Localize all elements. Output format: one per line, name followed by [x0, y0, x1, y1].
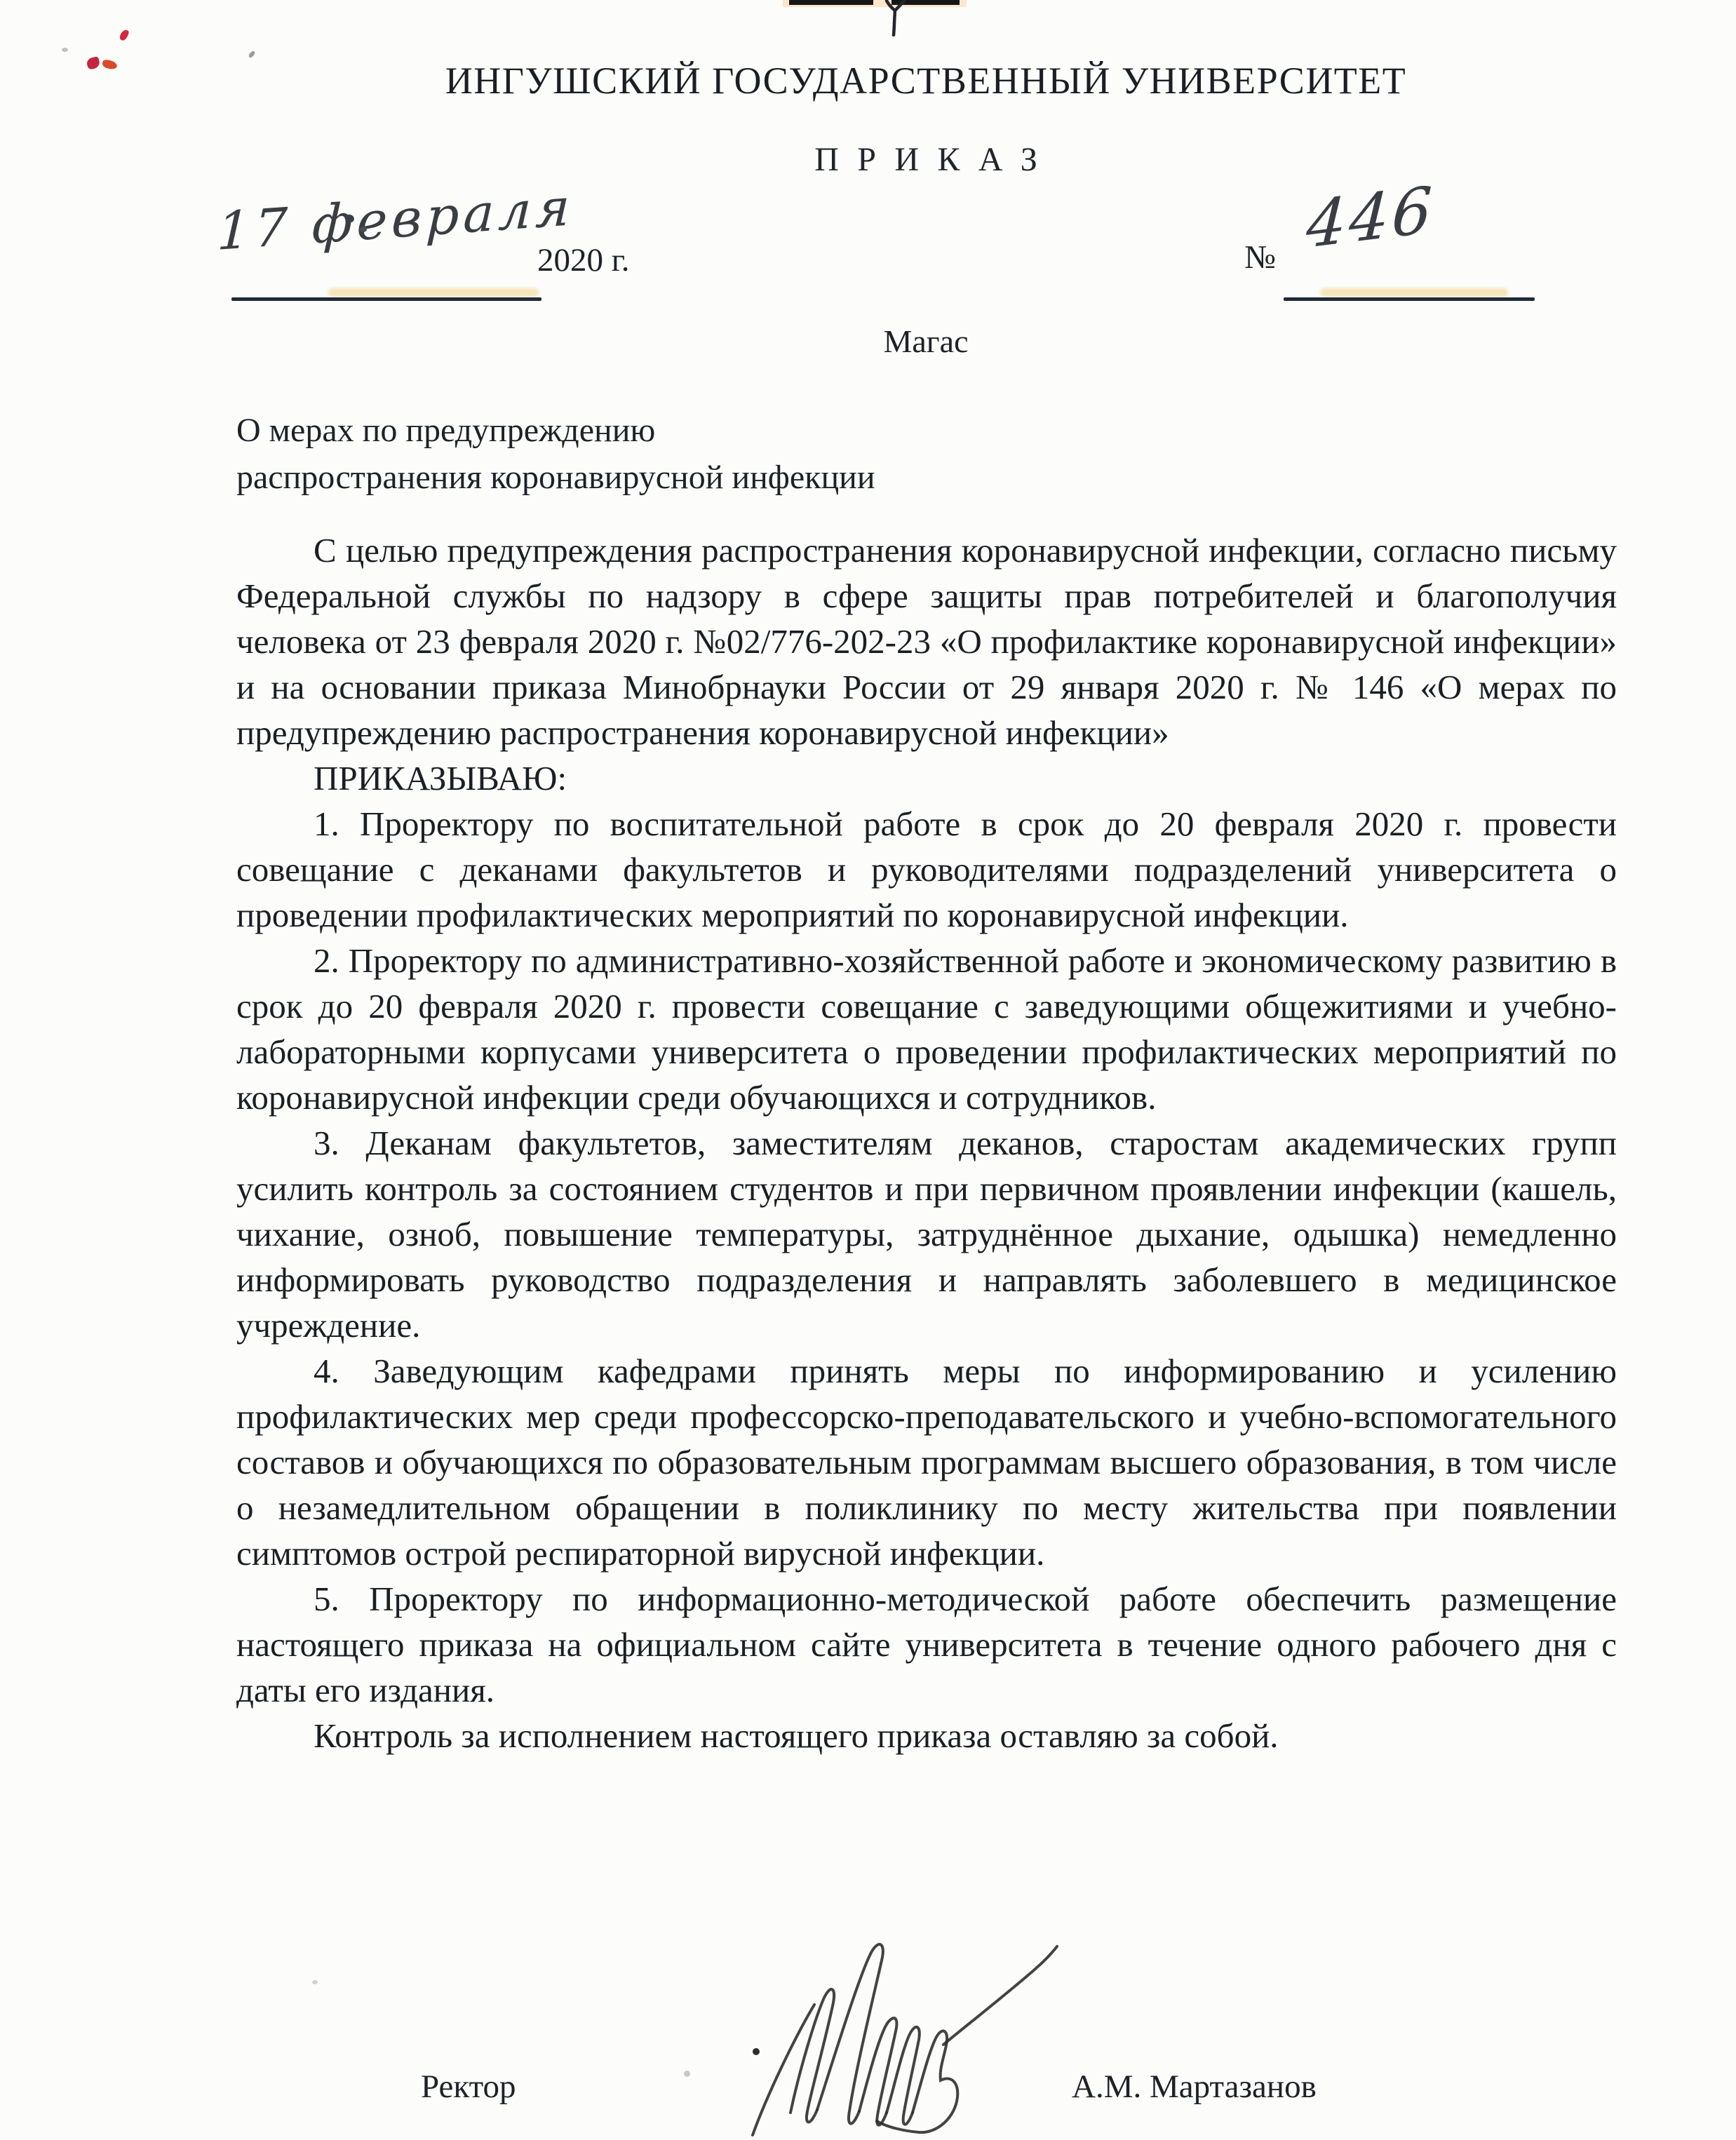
signer-role: Ректор: [421, 2068, 516, 2106]
scan-speck: [684, 2071, 690, 2077]
handwritten-date: 17 февраля: [216, 177, 575, 262]
date-underline: [231, 297, 541, 301]
number-sign-label: №: [1244, 238, 1276, 276]
signer-name: А.М. Мартазанов: [1072, 2068, 1317, 2106]
scan-speck: [62, 48, 68, 52]
order-item-5: 5. Проректору по информационно-методичес…: [236, 1576, 1617, 1713]
red-ink-speck: [86, 56, 101, 70]
document-type-heading: ПРИКАЗ: [235, 140, 1617, 179]
city-line: Магас: [235, 323, 1617, 360]
letterhead-emblem-fragment: [881, 0, 909, 36]
highlight-smear: [1320, 288, 1508, 297]
resolution-word: ПРИКАЗЫВАЮ:: [236, 755, 1617, 801]
intro-paragraph: С целью предупреждения распространения к…: [236, 527, 1617, 755]
subject-line-1: О мерах по предупреждению: [236, 407, 875, 454]
subject-block: О мерах по предупреждению распространени…: [236, 407, 875, 501]
handwritten-order-number: 446: [1305, 173, 1436, 263]
scan-speck: [248, 50, 256, 58]
scan-speck: [312, 1980, 318, 1984]
highlight-smear: [328, 288, 539, 297]
order-item-2: 2. Проректору по административно-хозяйст…: [236, 938, 1617, 1120]
number-underline: [1284, 297, 1535, 301]
red-ink-speck: [102, 60, 117, 70]
subject-line-2: распространения коронавирусной инфекции: [236, 454, 875, 501]
order-item-3: 3. Деканам факультетов, заместителям дек…: [236, 1120, 1617, 1348]
rector-signature: [712, 1880, 1077, 2140]
scanned-order-document: ИНГУШСКИЙ ГОСУДАРСТВЕННЫЙ УНИВЕРСИТЕТ ПР…: [0, 0, 1736, 2140]
order-item-4: 4. Заведующим кафедрами принять меры по …: [236, 1348, 1617, 1576]
ink-blot: [360, 227, 367, 232]
university-title: ИНГУШСКИЙ ГОСУДАРСТВЕННЫЙ УНИВЕРСИТЕТ: [235, 59, 1617, 102]
order-item-1: 1. Проректору по воспитательной работе в…: [236, 801, 1617, 938]
letterhead-crop-bar-left: [789, 0, 873, 5]
typed-year: 2020 г.: [537, 241, 629, 279]
order-body: С целью предупреждения распространения к…: [236, 527, 1617, 1758]
red-ink-speck: [119, 29, 130, 42]
closing-paragraph: Контроль за исполнением настоящего прика…: [236, 1713, 1617, 1758]
